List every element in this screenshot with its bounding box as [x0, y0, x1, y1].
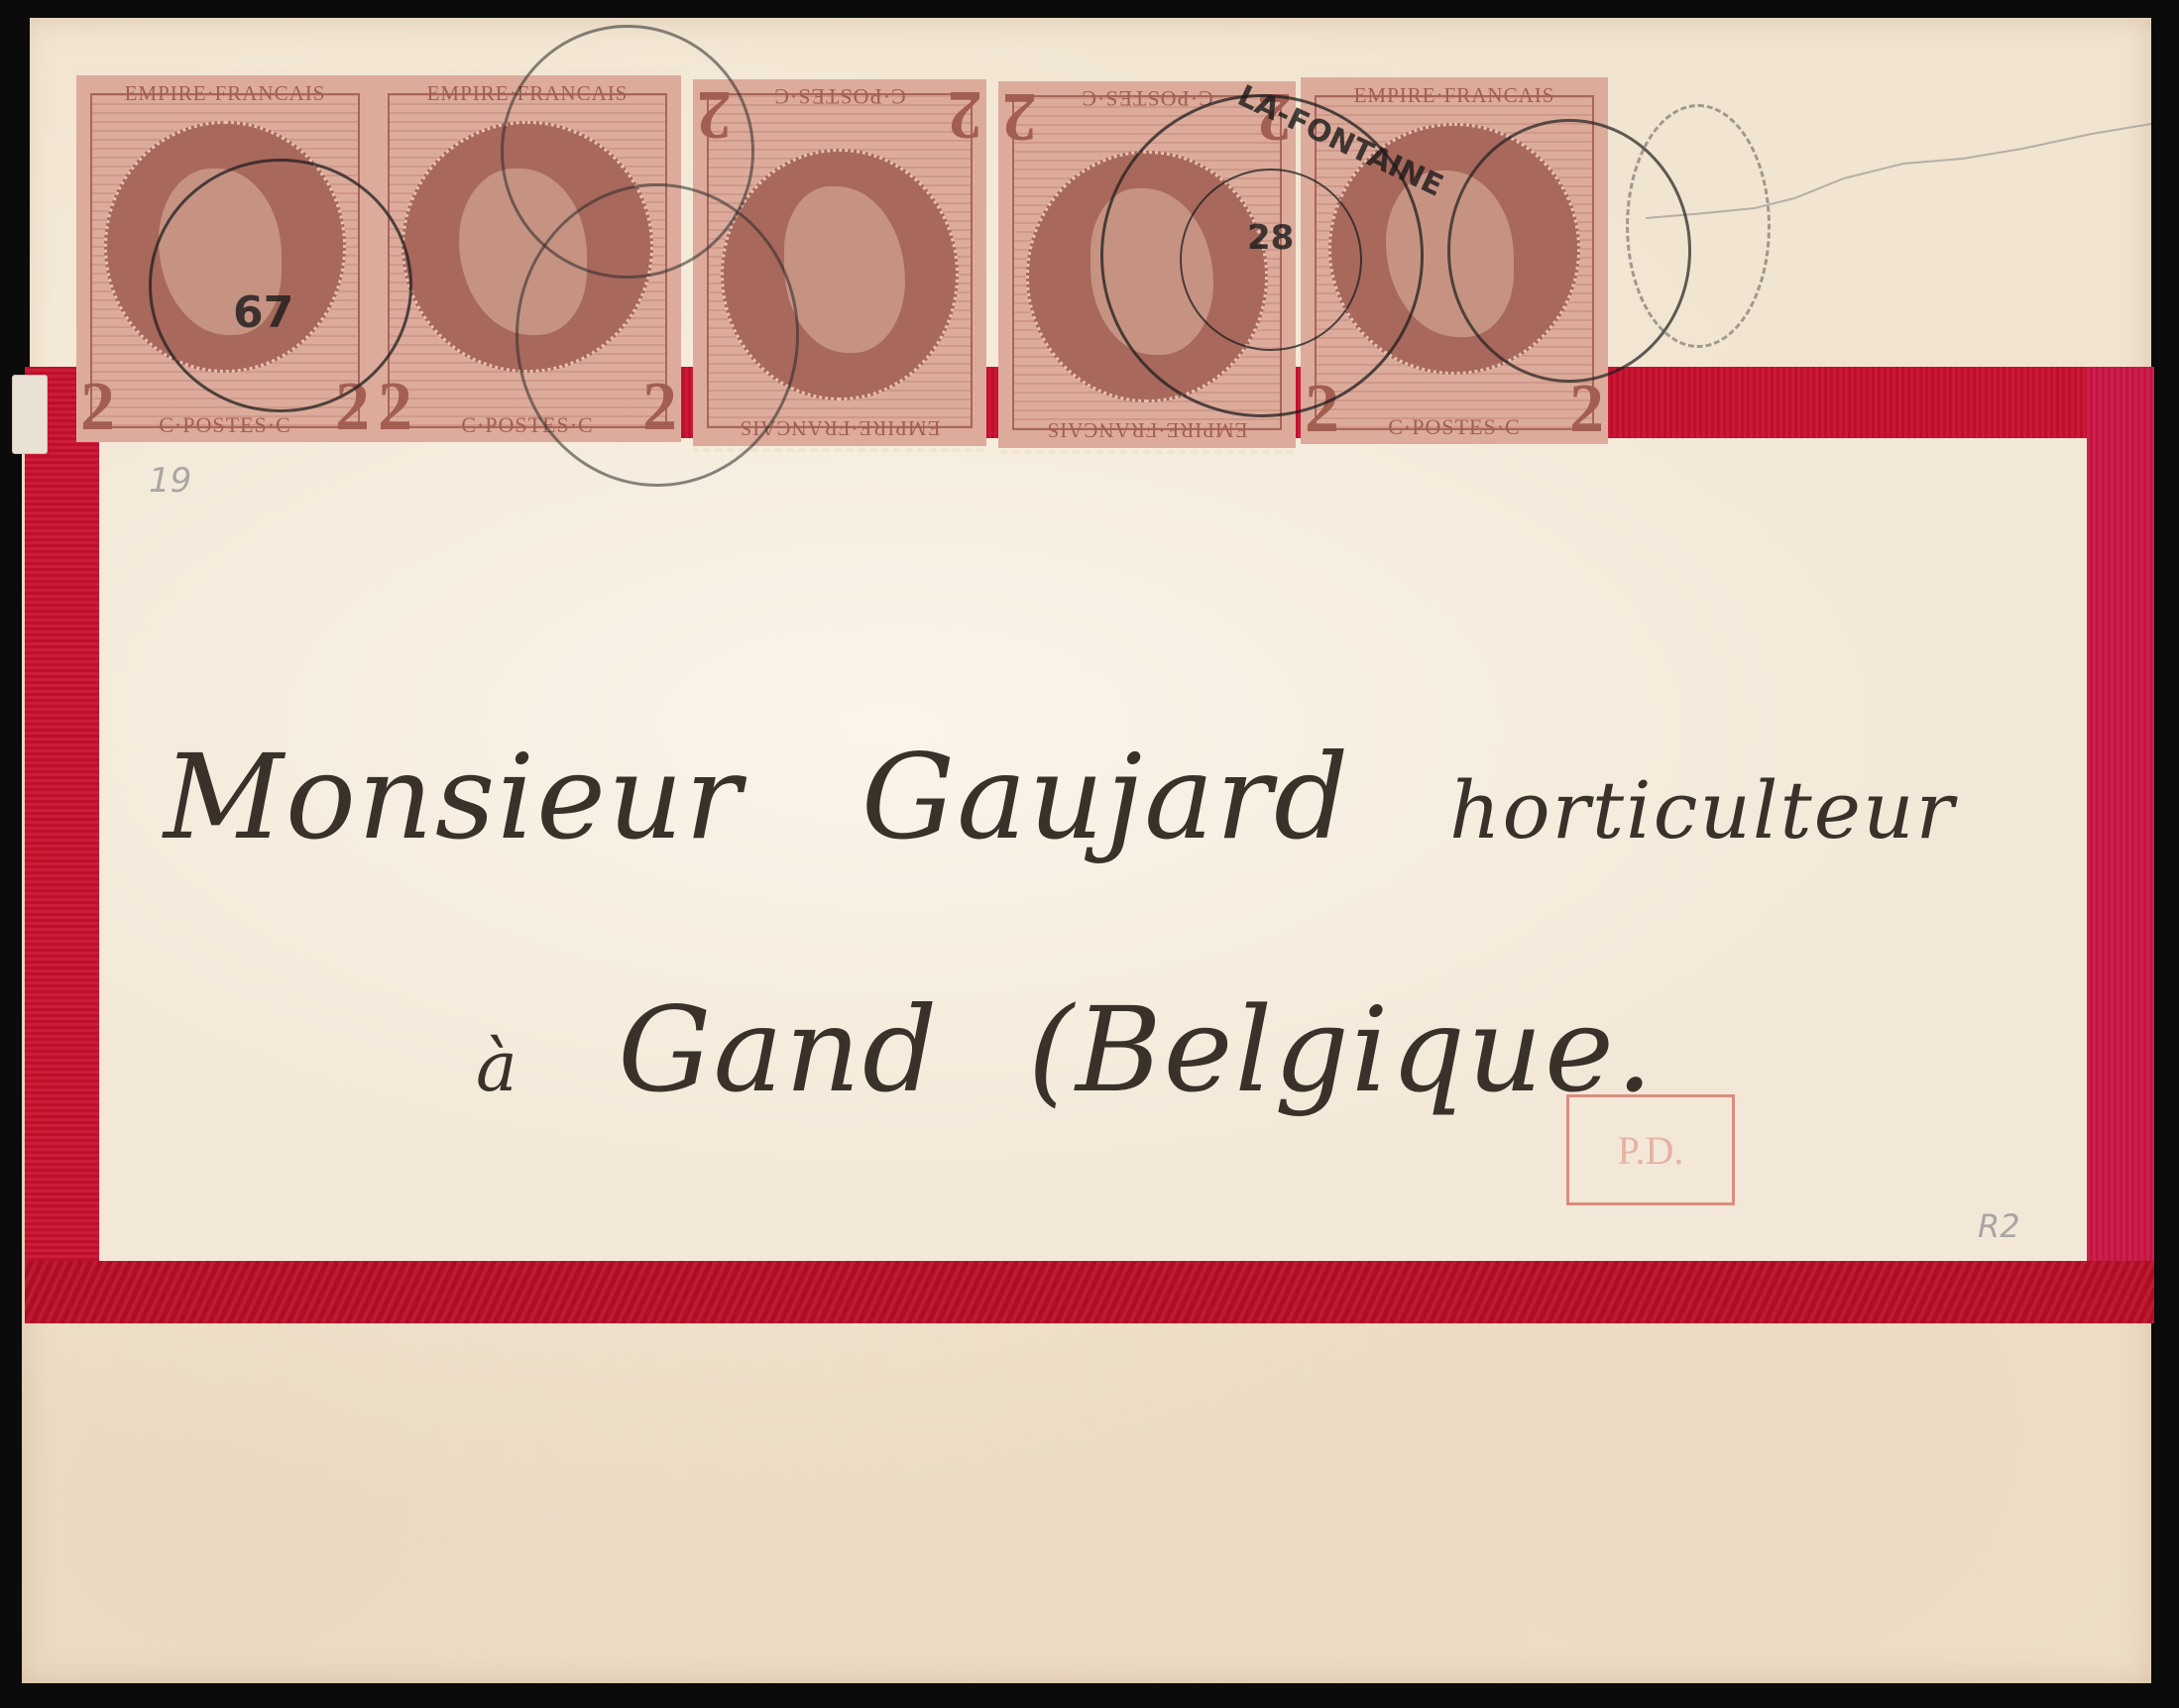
address-line-1: Monsieur Gaujard horticulteur	[164, 729, 1956, 865]
address-line-2: à Gand (Belgique.	[476, 981, 1655, 1118]
postmark-faint	[1626, 104, 1771, 348]
mourning-border-right	[2087, 367, 2154, 1323]
salutation: Monsieur	[164, 729, 743, 865]
postmark-right-inner	[1180, 169, 1362, 351]
postmark-left	[149, 159, 412, 412]
country: (Belgique.	[1028, 981, 1655, 1118]
pencil-note-left: 19	[149, 461, 191, 501]
red-boxed-handstamp: P.D.	[1566, 1094, 1735, 1205]
postmark-year: 67	[233, 287, 293, 338]
address-prefix: à	[476, 1026, 519, 1107]
mourning-border-bottom	[25, 1261, 2154, 1323]
stamp-legend-top: EMPIRE·FRANCAIS	[76, 81, 374, 106]
stamp-legend-bottom: C·POSTES·C	[76, 412, 374, 438]
mourning-border-left	[25, 367, 99, 1323]
paper-tab	[12, 375, 48, 454]
postmark-middle	[516, 183, 799, 487]
recipient-name: Gaujard	[861, 729, 1351, 865]
postmark-day: 28	[1247, 218, 1294, 258]
stamp-legend-bottom: C·POSTES·C	[1301, 414, 1608, 440]
pencil-note-right: R2	[1978, 1207, 2020, 1245]
stamp-legend-top: EMPIRE·FRANCAIS	[1301, 83, 1608, 108]
stamp-legend-top: EMPIRE·FRANCAIS	[998, 417, 1296, 442]
city: Gand	[618, 981, 939, 1118]
recipient-profession: horticulteur	[1449, 764, 1956, 856]
background-edge	[0, 0, 30, 426]
